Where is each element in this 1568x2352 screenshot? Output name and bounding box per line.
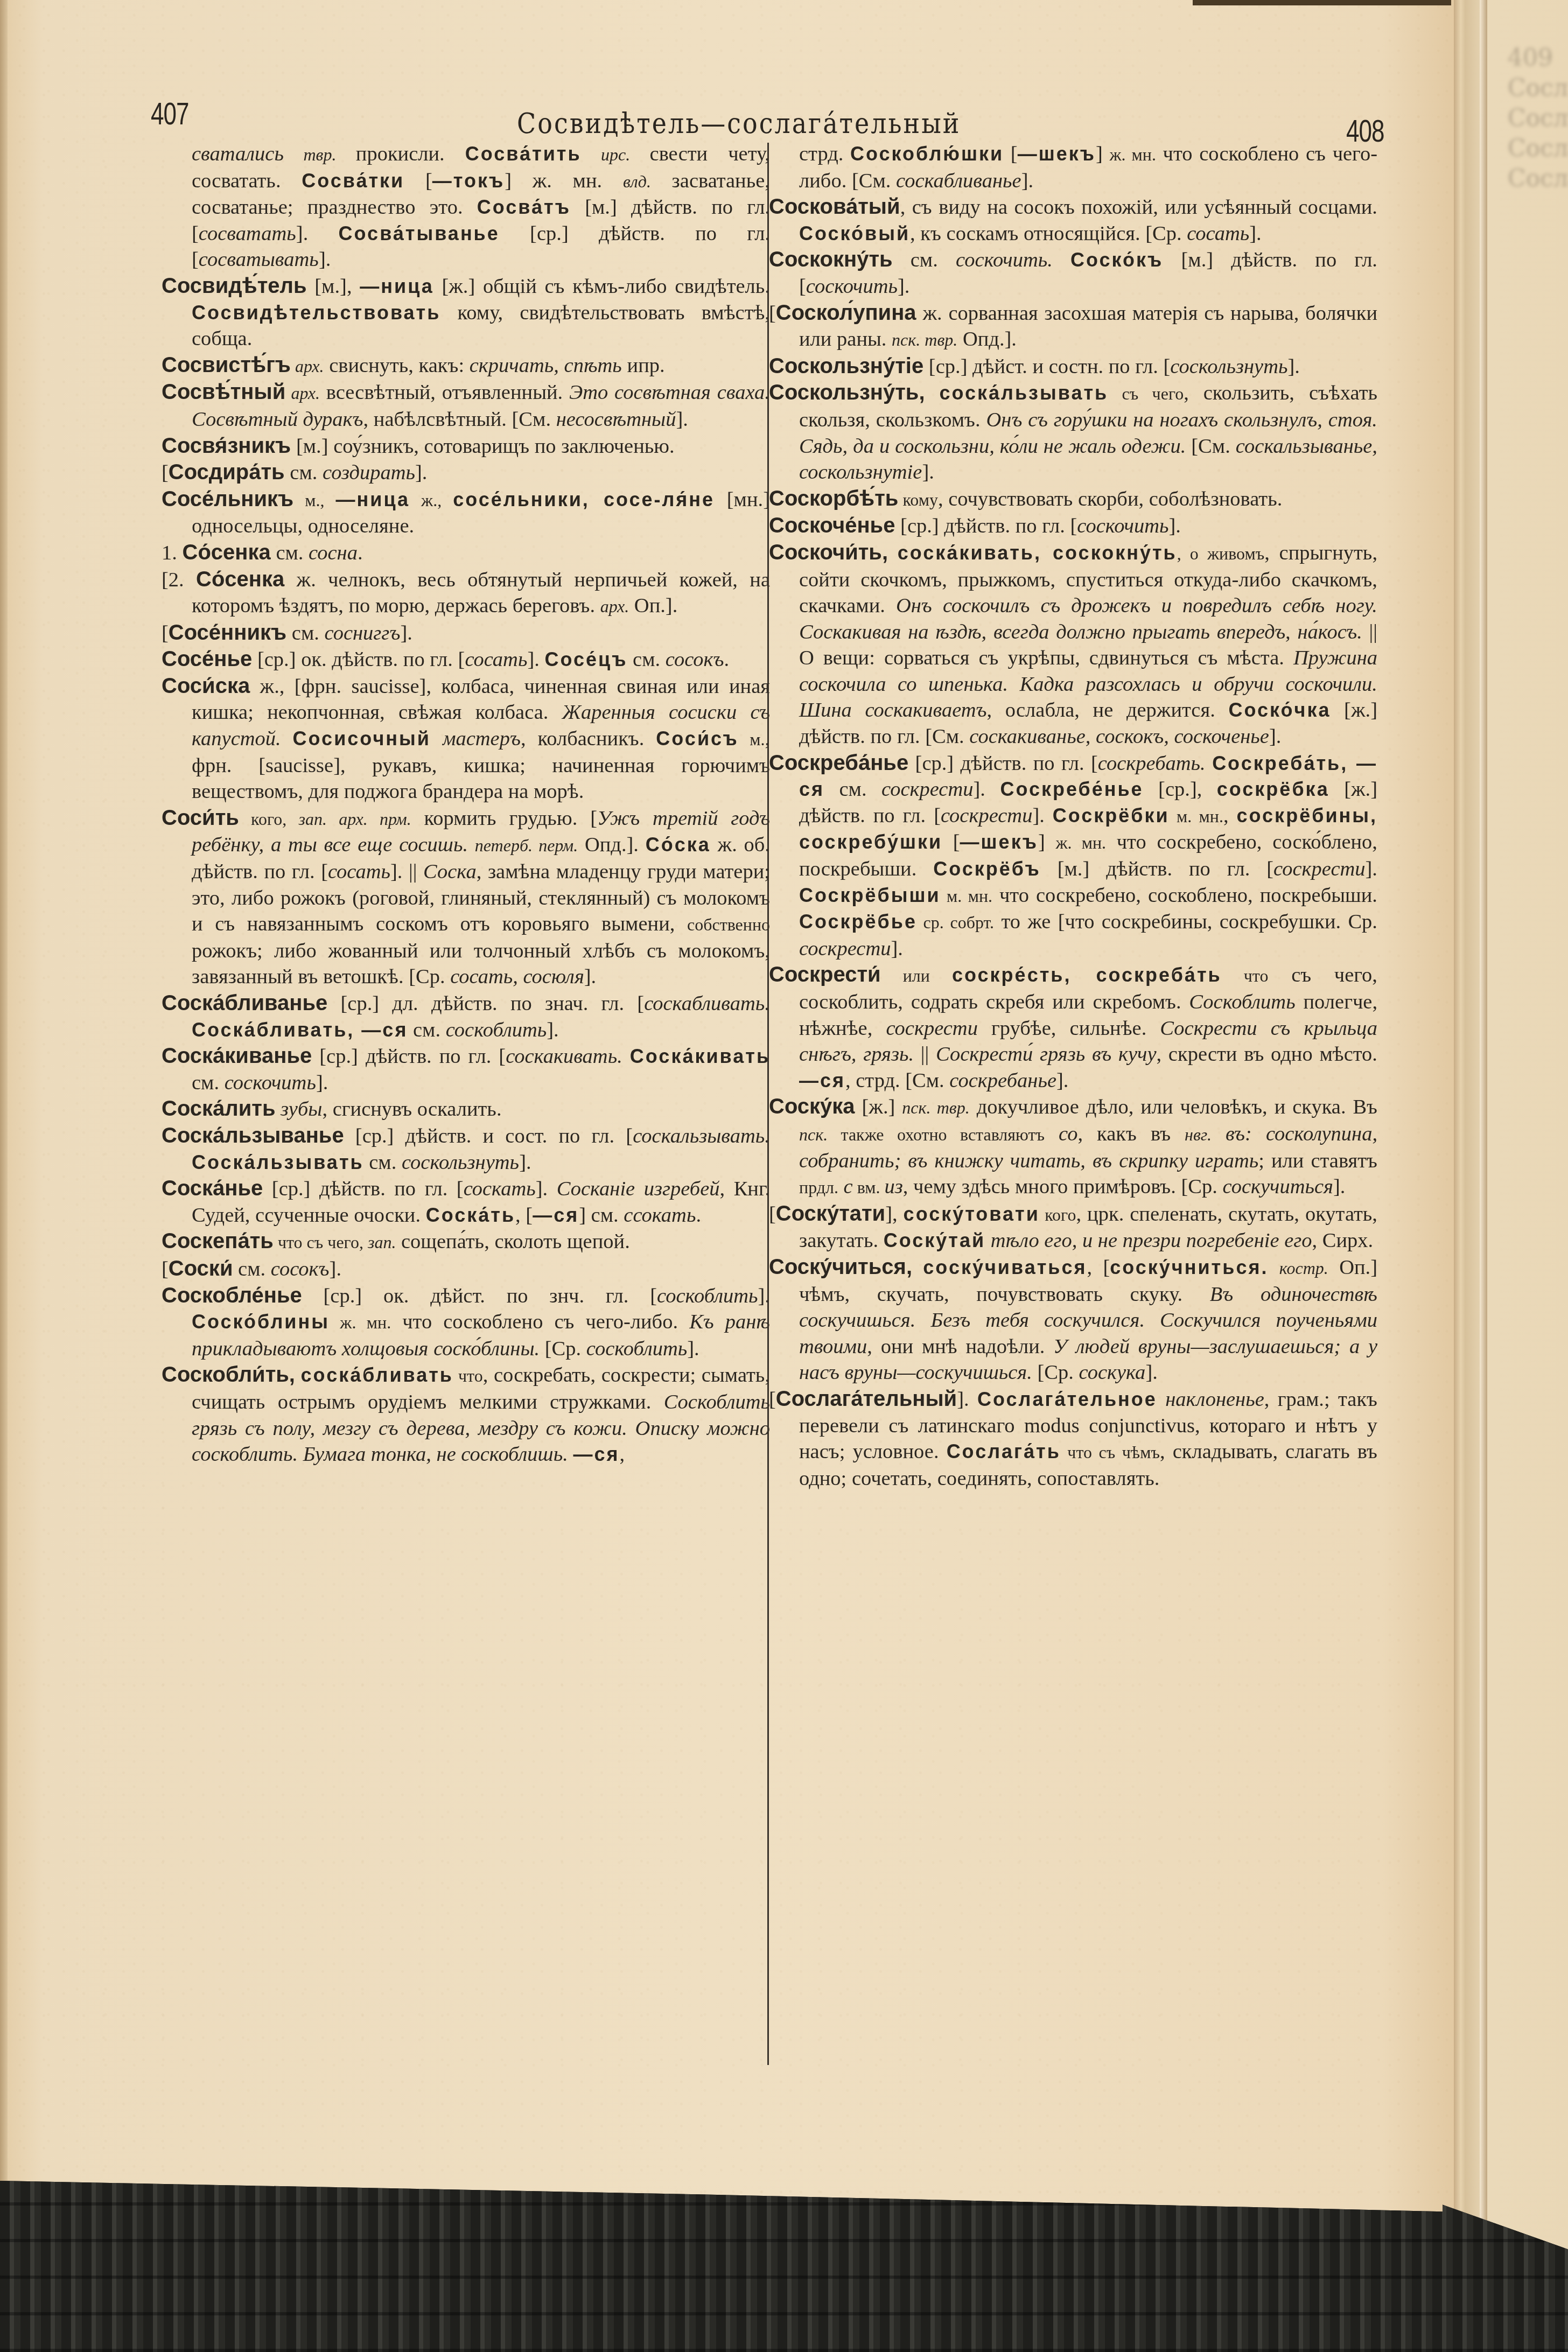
entry-text: [: [162, 622, 169, 645]
entry-headword: Сосе́нье: [162, 647, 252, 671]
entry-text: , скрести въ одно мѣсто.: [1156, 1043, 1377, 1066]
entry-text: [1053, 249, 1070, 271]
entry-text: ].: [1333, 1175, 1345, 1198]
entry-text: ].: [584, 965, 596, 988]
entry-text: [925, 382, 940, 404]
blurred-next-page-text: 409 Сосл… Сослѣ… Сосла́… Сосла́ть, с…: [1508, 43, 1568, 194]
entry-text: , они мнѣ надоѣли.: [867, 1335, 1053, 1358]
entry-text: ||: [914, 1043, 936, 1066]
entry-text: [1045, 1123, 1059, 1145]
entry-text: м. мн.: [1170, 807, 1223, 826]
entry-text: [275, 1098, 281, 1121]
entry-headword: Соскользну́ть,: [769, 381, 925, 404]
entry-text: соскочить: [225, 1072, 316, 1094]
entry-text: что съ чѣмъ: [1061, 1443, 1160, 1462]
entry-text: Сосканіе изгребей: [557, 1178, 720, 1200]
entry-text: соскальзывать.: [633, 1125, 770, 1147]
dictionary-entry: Соскокну́ть см. соскочить. Соско́къ [м.]…: [769, 247, 1377, 299]
entry-text: [622, 1045, 630, 1068]
entry-text: соскука: [1079, 1361, 1146, 1384]
entry-text: пск. твр.: [892, 330, 957, 349]
entry-subheadword: Сосва́тыванье: [339, 222, 500, 244]
entry-text: ].: [415, 461, 427, 484]
entry-text: сватались: [192, 143, 284, 165]
entry-headword: Соскреба́нье: [769, 751, 908, 775]
entry-text: [888, 542, 898, 564]
entry-text: создирать: [323, 461, 415, 484]
dictionary-entry: сватались твр. прокисли. Сосва́тить ирс.…: [162, 141, 770, 273]
entry-text: вм.: [853, 1178, 885, 1197]
entry-subheadword: Соско́вый: [799, 222, 910, 244]
entry-text: соскребать.: [1098, 752, 1206, 775]
entry-subheadword: Соска́кивать: [630, 1045, 770, 1067]
entry-text: [м.] дѣйств. по гл. [: [1041, 858, 1273, 880]
entry-text: с: [844, 1175, 853, 1198]
entry-text: сосать: [1187, 222, 1249, 245]
dictionary-entry: 1. Со́сенка см. сосна.: [162, 540, 770, 566]
entry-text: .: [696, 1204, 701, 1227]
entry-text: грубѣе, сильнѣе.: [978, 1017, 1160, 1040]
entry-headword: Соскол́упина: [776, 301, 916, 325]
entry-text: из: [884, 1175, 902, 1198]
entry-subheadword: —ся: [533, 1204, 579, 1226]
entry-text: соскочить: [1077, 515, 1168, 537]
entry-text: см.: [824, 778, 881, 801]
left-column: сватались твр. прокисли. Сосва́тить ирс.…: [162, 141, 770, 1468]
entry-text: зубы: [281, 1098, 322, 1121]
entry-subheadword: Соска́льзывать: [192, 1151, 364, 1173]
entry-text: , колбасникъ.: [521, 727, 656, 750]
entry-text: нвг.: [1185, 1125, 1212, 1144]
entry-subheadword: соску́чиваться: [923, 1256, 1087, 1278]
page-fold: [1480, 0, 1487, 2352]
entry-text: петерб. перм.: [475, 836, 578, 855]
entry-text: ср. собрт.: [917, 913, 994, 932]
entry-text: [: [404, 170, 432, 192]
entry-headword: Соски́: [169, 1257, 233, 1280]
entry-text: , къ соскамъ относящійся. [Ср.: [910, 222, 1187, 245]
entry-text: что соскребено, соскоблено, поскребыши.: [992, 884, 1377, 907]
entry-text: ].: [1056, 1069, 1068, 1092]
page-header: 407 Сосвидѣтель—сослага́тельный 408: [0, 97, 1454, 145]
entry-text: ].: [547, 1019, 558, 1041]
entry-text: ].: [1145, 1361, 1157, 1384]
entry-text: [ср.] дѣйств. по гл. [: [908, 752, 1098, 775]
entry-headword: Соска́льзыванье: [162, 1124, 344, 1147]
entry-headword: Соскочи́ть,: [769, 541, 888, 564]
entry-headword: Соска́нье: [162, 1177, 263, 1200]
entry-subheadword: Сослага́тельное: [977, 1388, 1157, 1410]
entry-text: ,: [1223, 804, 1237, 827]
entry-subheadword: Сосисочный: [293, 727, 431, 750]
dictionary-entry: Соскользну́тіе [ср.] дѣйст. и состн. по …: [769, 353, 1377, 380]
entry-text: что съ чего,: [274, 1233, 368, 1252]
entry-subheadword: соска́льзывать: [940, 382, 1109, 404]
entry-text: [838, 1175, 844, 1198]
entry-subheadword: сосе́льники, сосе-ля́не: [453, 488, 715, 510]
dictionary-entry: Соску́ка [ж.] пск. твр. докучливое дѣло,…: [769, 1094, 1377, 1200]
entry-text: [1206, 752, 1212, 775]
entry-text: зап. арх. прм.: [298, 809, 411, 829]
entry-subheadword: соскре́сть, соскреба́ть: [952, 964, 1222, 986]
entry-text: кормить грудью. [: [411, 807, 597, 830]
dictionary-entry: Соскользну́ть, соска́льзывать съ чего, с…: [769, 380, 1377, 485]
entry-text: Оп.].: [629, 594, 677, 617]
entry-text: см.: [893, 249, 956, 271]
entry-text: ].: [898, 275, 909, 298]
dictionary-entry: Соскрести́ или соскре́сть, соскреба́ть ч…: [769, 962, 1377, 1094]
entry-text: , сочувствовать скорби, соболѣзновать.: [938, 488, 1282, 510]
entry-text: прдл.: [799, 1178, 838, 1197]
entry-text: сощепа́ть, сколоть щепой.: [396, 1230, 629, 1253]
entry-subheadword: Сосва́тить: [465, 143, 582, 165]
dictionary-entry: Сосе́льникъ м., —ница ж., сосе́льники, с…: [162, 486, 770, 540]
entry-subheadword: —токъ: [432, 170, 505, 192]
entry-text: [ср.] дѣйств. по гл. [: [312, 1045, 506, 1068]
entry-headword: Соска́бливанье: [162, 991, 327, 1015]
entry-text: соскучиться: [1223, 1175, 1334, 1198]
entry-text: соскакиванье, соскокъ, соскоченье: [969, 725, 1269, 748]
entry-text: [: [942, 831, 960, 853]
dictionary-entry: Соску́читься, соску́чиваться, [соску́чни…: [769, 1254, 1377, 1386]
entry-text: сосокъ: [666, 648, 724, 671]
dictionary-entry: [Соскол́упина ж. сорванная засохшая мате…: [769, 300, 1377, 353]
entry-text: [ср.] дл. дѣйств. по знач. гл. [: [327, 992, 644, 1015]
entry-text: стрд.: [799, 143, 850, 165]
entry-text: [1157, 1388, 1165, 1411]
entry-headword: Соскобли́ть,: [162, 1363, 295, 1387]
entry-text: соскакивать.: [506, 1045, 622, 1068]
entry-headword: Сосе́нникъ: [169, 621, 286, 645]
dictionary-entry: Сосвистѣ́гъ арх. свиснуть, какъ: скричат…: [162, 352, 770, 380]
entry-text: несосвѣтный: [556, 408, 676, 431]
entry-text: сосокъ: [271, 1258, 330, 1280]
dictionary-entry: Соскобле́нье [ср.] ок. дѣйст. по знч. гл…: [162, 1283, 770, 1362]
entry-text: , Сирх.: [1312, 1229, 1374, 1252]
entry-text: соскабливать.: [644, 992, 770, 1015]
entry-text: или: [881, 966, 952, 985]
entry-text: [м.],: [307, 275, 360, 298]
entry-text: соскоблить: [446, 1019, 547, 1041]
entry-text: что соскоблено съ чего-либо.: [391, 1311, 689, 1333]
entry-text: ].: [527, 648, 544, 671]
entry-text: пск.: [799, 1125, 828, 1144]
dictionary-entry: Соси́ска ж., [фрн. saucisse], колбаса, ч…: [162, 673, 770, 805]
entry-subheadword: —ся: [799, 1069, 845, 1091]
entry-text: , съ виду на сосокъ похожій, или усѣянны…: [900, 196, 1377, 219]
entry-text: ].: [957, 1388, 977, 1411]
entry-text: ].: [1366, 858, 1377, 880]
entry-text: , набѣлсвѣтный. [См.: [363, 408, 556, 431]
entry-text: ирс.: [582, 145, 650, 164]
entry-headword: Соскепа́ть: [162, 1229, 274, 1253]
entry-text: сосать: [328, 860, 390, 883]
entry-text: ].: [676, 408, 688, 431]
entry-text: [: [769, 1388, 776, 1411]
entry-headword: Соску́ка: [769, 1095, 855, 1118]
entry-text: кого,: [239, 809, 299, 829]
entry-headword: Соскова́тый: [769, 195, 900, 219]
entry-text: соскрести: [886, 1017, 977, 1040]
entry-text: см.: [364, 1151, 402, 1174]
entry-text: что: [1222, 966, 1269, 985]
entry-text: Соска: [423, 860, 477, 883]
entry-text: то же [что соскребины, соскребушки. Ср.: [994, 911, 1377, 933]
entry-text: ж.,: [410, 491, 453, 510]
entry-text: свиснуть, какъ:: [324, 354, 470, 377]
entry-subheadword: Соси́съ: [656, 727, 738, 750]
entry-text: см.: [192, 1072, 225, 1094]
entry-subheadword: соску́товати: [904, 1203, 1040, 1225]
entry-text: Опд.].: [578, 834, 646, 856]
entry-text: ].: [973, 778, 1000, 801]
entry-text: собственно: [687, 915, 770, 934]
entry-text: [Ср.: [540, 1338, 586, 1360]
entry-subheadword: соска́бливать: [301, 1364, 453, 1386]
entry-headword: Сосвя́зникъ: [162, 434, 291, 458]
entry-text: зап.: [368, 1233, 396, 1252]
entry-text: всесвѣтный, отъявленный.: [320, 381, 569, 404]
entry-subheadword: —ница: [336, 488, 410, 510]
entry-text: сосать: [465, 648, 527, 671]
entry-subheadword: Соскрёбъ: [933, 858, 1041, 880]
book-page: 407 Сосвидѣтель—сослага́тельный 408 сват…: [0, 0, 1454, 2352]
dictionary-entry: Соска́нье [ср.] дѣйств. по гл. [соскать]…: [162, 1175, 770, 1228]
entry-text: ].: [1249, 222, 1261, 245]
dictionary-entry: Соскочи́ть, соска́кивать, соскокну́ть, о…: [769, 540, 1377, 750]
entry-text: [468, 834, 475, 856]
entry-text: ] см.: [579, 1204, 624, 1227]
entry-headword: Сосвидѣ́тель: [162, 274, 307, 298]
entry-headword: Со́сенка: [183, 541, 271, 564]
dictionary-entry: Сосвѣ́тный арх. всесвѣтный, отъявленный.…: [162, 379, 770, 432]
entry-headword: Соскорбѣ́ть: [769, 487, 898, 510]
page-edge: [0, 0, 8, 2352]
entry-text: м.: [739, 730, 765, 749]
entry-headword: Соси́ть: [162, 806, 239, 830]
entry-text: наклоненье: [1165, 1388, 1264, 1411]
entry-subheadword: соскрёбка: [1217, 778, 1329, 800]
entry-text: Соскрести́ грязь въ кучу: [936, 1043, 1156, 1066]
entry-subheadword: Сосва́тъ: [477, 196, 571, 218]
entry-text: см.: [408, 1019, 445, 1041]
entry-subheadword: Со́ска: [646, 834, 711, 856]
entry-text: ж. мн.: [330, 1313, 391, 1332]
entry-subheadword: —шекъ: [960, 831, 1038, 853]
entry-text: ссокать: [624, 1204, 696, 1227]
entry-text: [431, 727, 443, 750]
entry-text: , чему здѣсь много примѣровъ. [Ср.: [903, 1175, 1223, 1198]
entry-text: ]: [1096, 143, 1109, 165]
entry-headword: Соскоче́нье: [769, 514, 895, 537]
entry-text: ].: [296, 222, 339, 245]
dictionary-entry: Соска́бливанье [ср.] дл. дѣйств. по знач…: [162, 990, 770, 1043]
entry-text: пск. твр.: [902, 1098, 969, 1117]
next-page-edge: 409 Сосл… Сослѣ… Сосла́… Сосла́ть, с…: [1454, 0, 1568, 2352]
entry-text: ].: [1032, 804, 1052, 827]
entry-subheadword: Соскрёбыши: [799, 884, 941, 906]
entry-text: твр.: [284, 145, 356, 164]
entry-text: ].: [1021, 170, 1033, 192]
entry-text: [: [1004, 143, 1017, 165]
right-column: стрд. Соскоблю́шки [—шекъ] ж. мн. что со…: [769, 141, 1377, 1492]
entry-text: [295, 1364, 301, 1387]
entry-text: Соскоблить: [1189, 991, 1295, 1013]
entry-text: скричать, спѣть: [470, 354, 622, 377]
entry-text: кому: [898, 490, 938, 509]
entry-headword: Соскобле́нье: [162, 1284, 302, 1307]
dictionary-entry: Соска́киванье [ср.] дѣйств. по гл. [соск…: [162, 1043, 770, 1096]
entry-text: сосать, сосюля: [450, 965, 584, 988]
entry-headword: Соску́тати: [776, 1202, 885, 1226]
entry-text: ].: [330, 1258, 341, 1280]
entry-text: [ср.] дѣйст. и состн. по гл. [: [923, 355, 1170, 378]
entry-text: ].: [519, 1151, 531, 1174]
entry-subheadword: Сосва́тки: [302, 170, 404, 192]
running-head: Сосвидѣтель—сослага́тельный: [517, 107, 961, 140]
entry-text: сосватывать: [199, 248, 319, 271]
entry-text: соскочить: [806, 275, 898, 298]
entry-text: влд.: [623, 172, 651, 191]
entry-text: соскрести: [799, 937, 891, 960]
entry-text: соскабливанье: [896, 170, 1021, 192]
dictionary-entry: Соскобли́ть, соска́бливать что, соскреба…: [162, 1362, 770, 1467]
entry-headword: Со́сенка: [196, 568, 284, 591]
entry-text: ]: [1038, 831, 1056, 853]
entry-text: Опд.].: [957, 328, 1017, 351]
entry-headword: Соска́киванье: [162, 1044, 312, 1068]
entry-text: арх.: [291, 356, 324, 376]
entry-text: также охотно вставляютъ: [828, 1125, 1045, 1144]
entry-text: [985, 1229, 991, 1252]
entry-headword: Соску́читься,: [769, 1255, 912, 1279]
entry-text: докучливое дѣло, или человѣкъ, и скука. …: [970, 1096, 1377, 1118]
entry-subheadword: Соску́тай: [884, 1229, 985, 1251]
entry-text: соскользнуть: [1170, 355, 1287, 378]
dictionary-entry: [Сослага́тельный]. Сослага́тельное накло…: [769, 1386, 1377, 1492]
entry-text: ; или ставятъ: [1258, 1150, 1377, 1172]
entry-text: сосватать: [199, 222, 296, 245]
dictionary-entry: Соска́лить зубы, сгиснувъ оскалить.: [162, 1096, 770, 1123]
entry-headword: Сосе́льникъ: [162, 487, 293, 511]
entry-text: см.: [627, 648, 665, 671]
dictionary-entry: Соскепа́ть что съ чего, зап. сощепа́ть, …: [162, 1228, 770, 1256]
entry-text: [ср.] дѣйств. по гл. [: [263, 1178, 463, 1200]
entry-text: [: [162, 461, 169, 484]
entry-text: , о живомъ: [1177, 544, 1265, 563]
entry-subheadword: Соско́къ: [1070, 249, 1163, 271]
entry-text: ж. мн.: [1109, 145, 1156, 164]
entry-text: м.,: [293, 491, 335, 510]
entry-text: прокисли.: [356, 143, 465, 165]
entry-text: соскоблить: [586, 1338, 688, 1360]
entry-subheadword: —ся: [573, 1443, 619, 1465]
entry-text: арх.: [600, 597, 629, 616]
entry-text: , какъ въ: [1077, 1123, 1185, 1145]
entry-text: соскочить.: [956, 249, 1053, 271]
entry-headword: Соскользну́тіе: [769, 354, 923, 378]
entry-text: ,: [619, 1443, 625, 1466]
dictionary-entry: [2. Со́сенка ж. челнокъ, весь обтянутый …: [162, 566, 770, 620]
dictionary-entry: Соскова́тый, съ виду на сосокъ похожій, …: [769, 194, 1377, 247]
entry-text: сосна: [309, 542, 358, 564]
entry-text: ].: [536, 1178, 557, 1200]
entry-text: ].: [1269, 725, 1281, 748]
entry-subheadword: Сослага́ть: [947, 1440, 1061, 1462]
entry-text: [ср.] дѣйств. по гл. [: [895, 515, 1077, 537]
entry-text: см.: [286, 622, 324, 645]
entry-text: [1268, 1256, 1279, 1279]
entry-text: соскоблить: [657, 1285, 758, 1307]
entry-text: [281, 727, 293, 750]
entry-text: соскать: [464, 1178, 536, 1200]
entry-text: [912, 1256, 923, 1279]
entry-text: кого: [1040, 1205, 1076, 1224]
entry-text: [ср.],: [1144, 778, 1217, 801]
left-page-number: 407: [151, 97, 188, 132]
entry-text: сосниггъ: [325, 622, 401, 645]
entry-text: , сгиснувъ оскалить.: [322, 1098, 501, 1121]
entry-subheadword: —ница: [360, 275, 433, 297]
entry-text: [ж.] общій съ кѣмъ-либо свидѣтель.: [434, 275, 770, 298]
entry-text: [м.] соу́зникъ, сотоварищъ по заключенью…: [291, 435, 674, 458]
entry-text: [ср.] дѣйств. и сост. по гл. [: [344, 1125, 633, 1147]
entry-text: ].: [319, 248, 331, 271]
dictionary-entry: [Сосдира́ть см. создирать].: [162, 459, 770, 486]
entry-headword: Соси́ска: [162, 674, 250, 698]
entry-subheadword: —шекъ: [1018, 143, 1096, 165]
entry-text: [2.: [162, 569, 196, 591]
entry-text: мастеръ: [443, 727, 521, 750]
entry-subheadword: Соскребе́нье: [1000, 778, 1143, 800]
entry-text: что: [453, 1366, 483, 1385]
entry-subheadword: Соскрёбки: [1053, 804, 1170, 827]
entry-text: [1212, 1123, 1226, 1145]
entry-subheadword: Соско́блины: [192, 1311, 330, 1333]
dictionary-entry: Сосе́нье [ср.] ок. дѣйств. по гл. [сосат…: [162, 646, 770, 673]
entry-text: ипр.: [622, 354, 665, 377]
entry-text: съ чего: [1108, 384, 1184, 403]
entry-text: [568, 1443, 573, 1466]
entry-headword: Сосвистѣ́гъ: [162, 353, 291, 377]
entry-text: ].: [316, 1072, 328, 1094]
entry-text: .: [724, 648, 730, 671]
entry-text: ].: [922, 461, 934, 484]
dictionary-entry: Соси́ть кого, зап. арх. прм. кормить гру…: [162, 805, 770, 990]
entry-text: ].: [687, 1338, 699, 1360]
entry-text: , [: [515, 1204, 533, 1227]
dictionary-entry: Сосвя́зникъ [м.] соу́зникъ, сотоварищъ п…: [162, 433, 770, 460]
entry-text: см.: [271, 542, 309, 564]
entry-text: ].: [891, 937, 902, 960]
entry-text: соскрести: [941, 804, 1032, 827]
entry-text: ].: [1169, 515, 1181, 537]
dictionary-entry: [Соску́тати], соску́товати кого, црк. сп…: [769, 1201, 1377, 1254]
entry-headword: Сосвѣ́тный: [162, 380, 285, 404]
binding-shadow: [1193, 0, 1451, 5]
dictionary-entry: Соска́льзыванье [ср.] дѣйств. и сост. по…: [162, 1123, 770, 1175]
entry-subheadword: Соскрёбье: [799, 911, 917, 933]
dictionary-entry: стрд. Соскоблю́шки [—шекъ] ж. мн. что со…: [769, 141, 1377, 194]
dictionary-entry: Сосвидѣ́тель [м.], —ница [ж.] общій съ к…: [162, 273, 770, 352]
entry-text: ж. мн.: [1055, 833, 1106, 852]
entry-text: костр.: [1279, 1258, 1328, 1278]
entry-headword: Соскокну́ть: [769, 248, 893, 271]
entry-text: , стрд. [См.: [845, 1069, 949, 1092]
dictionary-entry: [Соски́ см. сосокъ].: [162, 1256, 770, 1283]
entry-subheadword: соска́кивать, соскокну́ть: [898, 542, 1177, 564]
entry-text: , ослабла, не держится.: [987, 699, 1229, 722]
